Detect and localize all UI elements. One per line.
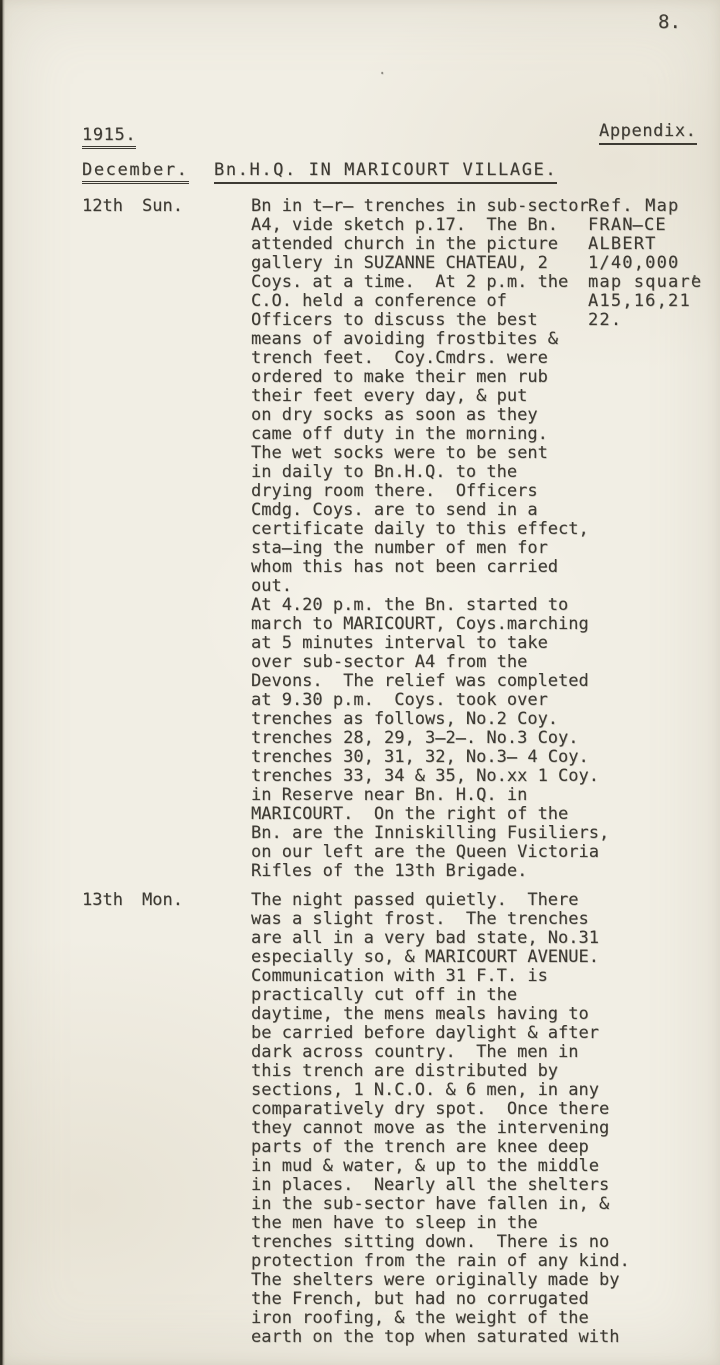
month-heading-text: December.: [82, 160, 189, 184]
stray-ink-dot: .: [378, 61, 386, 80]
appendix-heading-text: Appendix.: [599, 121, 697, 145]
section-heading: Bn.H.Q. IN MARICOURT VILLAGE.: [214, 161, 557, 180]
year-heading: 1915.: [82, 126, 136, 145]
map-reference-note: Ref. MapFRAN̶CEALBERT1/40,000map squareA…: [588, 197, 702, 330]
entry-date-weekday: Sun.: [142, 197, 183, 216]
page-left-edge-shadow: [0, 0, 5, 1365]
war-diary-page: 8. . 1915. Appendix. December. Bn.H.Q. I…: [0, 0, 720, 1365]
section-heading-text: Bn.H.Q. IN MARICOURT VILLAGE.: [214, 160, 557, 184]
entry-body-text: The night passed quietly. Therewas a sli…: [251, 891, 630, 1347]
month-heading: December.: [82, 161, 189, 180]
entry-date-day: 13th: [82, 891, 123, 910]
entry-date-day: 12th: [82, 197, 123, 216]
entry-date-weekday: Mon.: [142, 891, 183, 910]
page-number: 8.: [658, 13, 681, 32]
appendix-heading: Appendix.: [599, 122, 697, 141]
year-heading-text: 1915.: [82, 125, 136, 149]
entry-body-text: Bn in t̶r̶ trenches in sub-sectorA4, vid…: [251, 197, 609, 881]
